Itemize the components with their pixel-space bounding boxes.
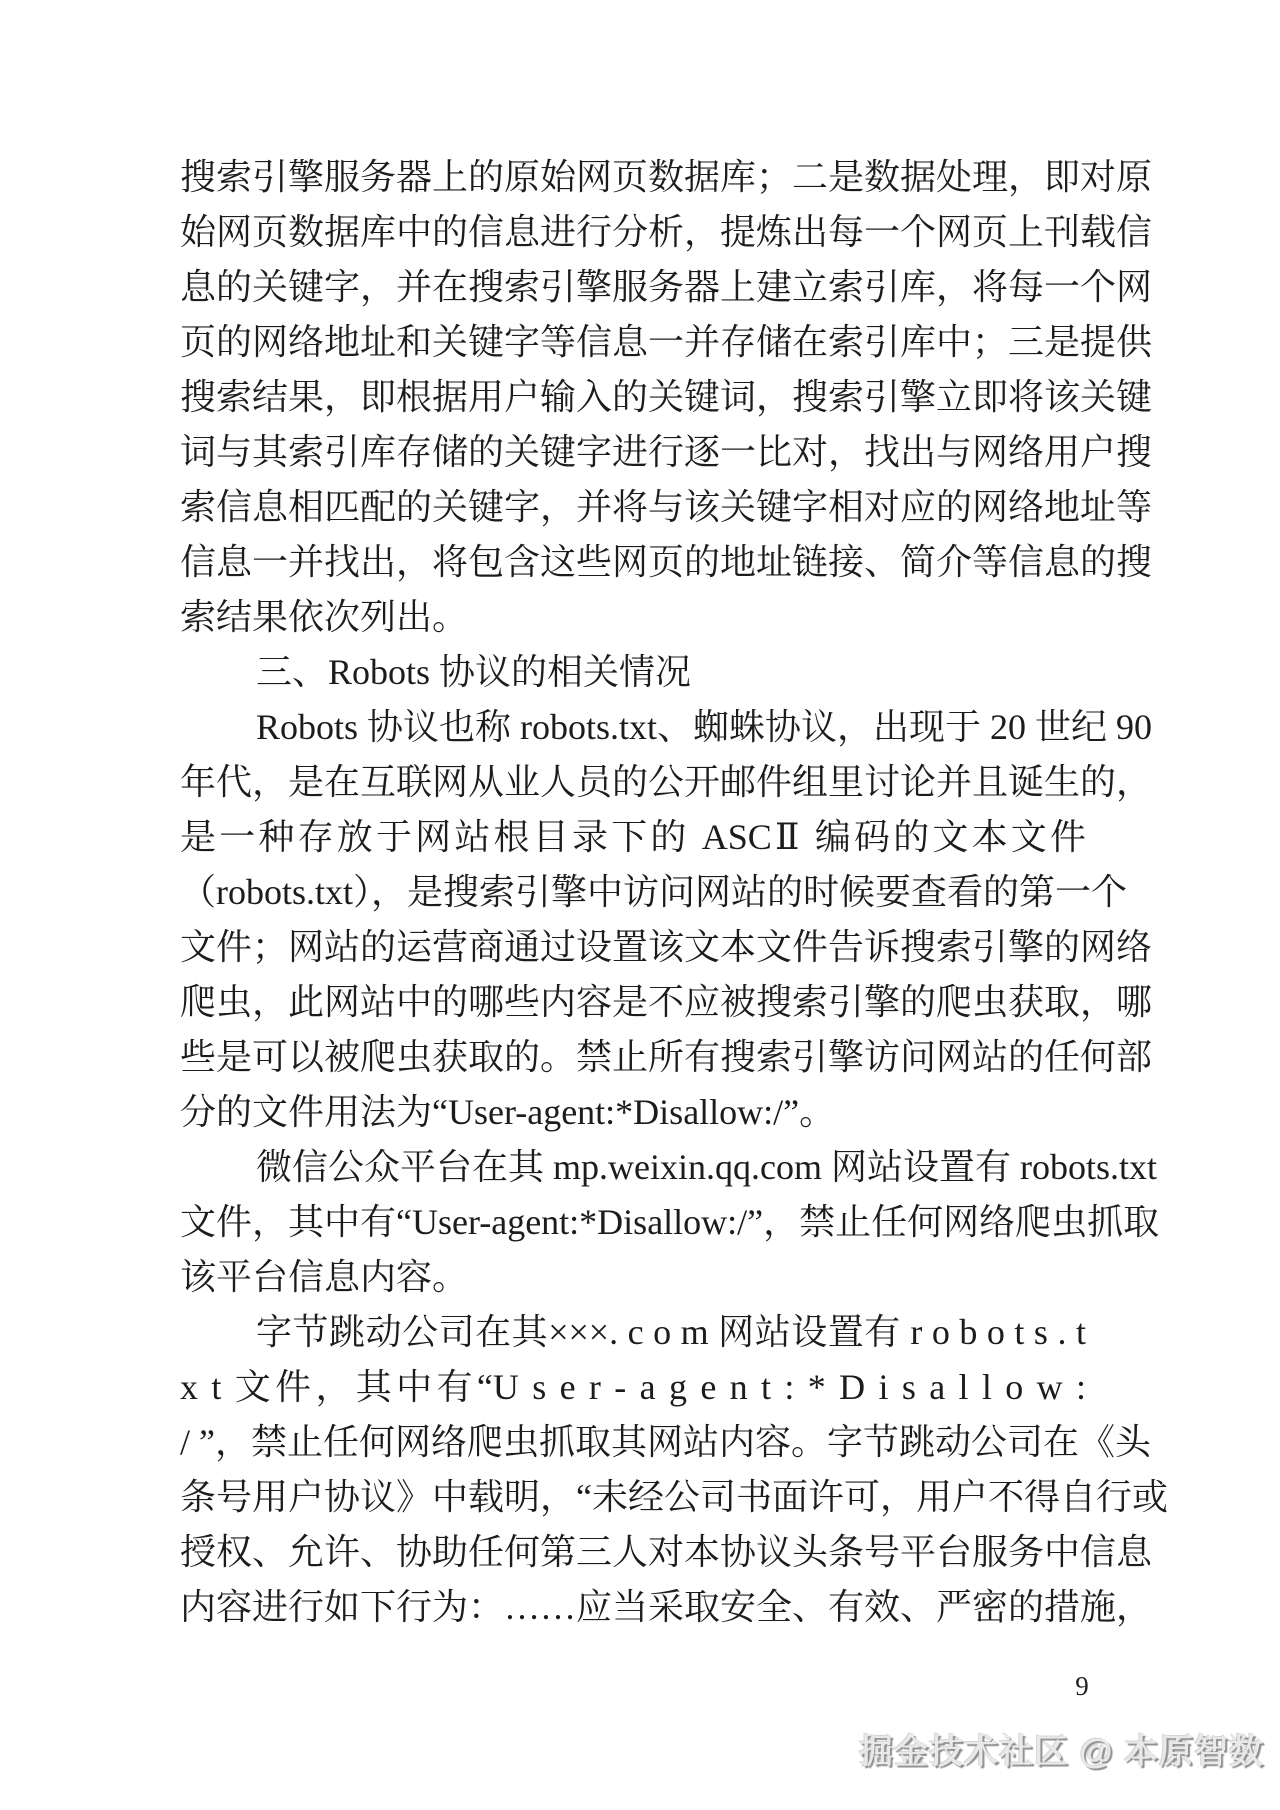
document-line: 微信公众平台在其 mp.weixin.qq.com 网站设置有 robots.t… [180,1140,1086,1195]
document-body: 搜索引擎服务器上的原始网页数据库；二是数据处理，即对原 始网页数据库中的信息进行… [180,150,1086,1635]
document-line: Robots 协议也称 robots.txt、蜘蛛协议，出现于 20 世纪 90 [180,700,1086,755]
document-line: 爬虫，此网站中的哪些内容是不应被搜索引擎的爬虫获取，哪 [180,975,1086,1030]
document-line: 词与其索引库存储的关键字进行逐一比对，找出与网络用户搜 [180,425,1086,480]
document-line: 索结果依次列出。 [180,590,1086,645]
document-line: 字节跳动公司在其×××. c o m 网站设置有 r o b o t s . t [180,1305,1086,1360]
document-line: 些是可以被爬虫获取的。禁止所有搜索引擎访问网站的任何部 [180,1030,1086,1085]
document-line: / ”，禁止任何网络爬虫抓取其网站内容。字节跳动公司在《头 [180,1415,1086,1470]
document-page: 搜索引擎服务器上的原始网页数据库；二是数据处理，即对原 始网页数据库中的信息进行… [0,0,1280,1810]
document-line: 条号用户协议》中载明，“未经公司书面许可，用户不得自行或 [180,1470,1086,1525]
document-line: 搜索引擎服务器上的原始网页数据库；二是数据处理，即对原 [180,150,1086,205]
document-line: 文件；网站的运营商通过设置该文本文件告诉搜索引擎的网络 [180,920,1086,975]
document-line: 文件，其中有“User-agent:*Disallow:/”，禁止任何网络爬虫抓… [180,1195,1086,1250]
document-line: 页的网络地址和关键字等信息一并存储在索引库中；三是提供 [180,315,1086,370]
document-line: 该平台信息内容。 [180,1250,1086,1305]
document-line: 搜索结果，即根据用户输入的关键词，搜索引擎立即将该关键 [180,370,1086,425]
watermark: 掘金技术社区 @ 本原智数 [859,1730,1264,1774]
document-line: 授权、允许、协助任何第三人对本协议头条号平台服务中信息 [180,1525,1086,1580]
document-line: 分的文件用法为“User-agent:*Disallow:/”。 [180,1085,1086,1140]
document-line: 索信息相匹配的关键字，并将与该关键字相对应的网络地址等 [180,480,1086,535]
document-line: 内容进行如下行为：……应当采取安全、有效、严密的措施， [180,1580,1086,1635]
page-number: 9 [1062,1668,1102,1704]
document-line: 始网页数据库中的信息进行分析，提炼出每一个网页上刊载信 [180,205,1086,260]
document-line: （robots.txt），是搜索引擎中访问网站的时候要查看的第一个 [180,865,1086,920]
section-heading: 三、Robots 协议的相关情况 [180,645,1086,700]
document-line: 息的关键字，并在搜索引擎服务器上建立索引库，将每一个网 [180,260,1086,315]
document-line: 年代，是在互联网从业人员的公开邮件组里讨论并且诞生的， [180,755,1086,810]
document-line: x t 文件，其中有“U s e r - a g e n t : * D i s… [180,1360,1086,1415]
document-line: 是一种存放于网站根目录下的 ASCⅡ 编码的文本文件 [180,810,1086,865]
document-line: 信息一并找出，将包含这些网页的地址链接、简介等信息的搜 [180,535,1086,590]
